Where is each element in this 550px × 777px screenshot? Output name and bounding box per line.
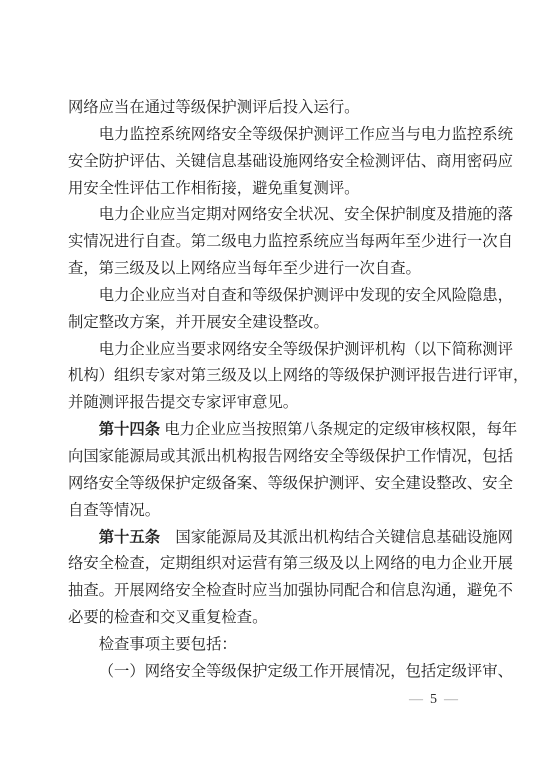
paragraph: 第十四条 电力企业应当按照第八条规定的定级审核权限，每年向国家能源局或其派出机构…	[68, 417, 518, 524]
text-run: 安全防护评估、关键信息基础设施网络安全检测评估、商用密码应	[68, 153, 513, 170]
text-run: 自查等情况。	[68, 502, 160, 519]
paragraph: 网络应当在通过等级保护测评后投入运行。	[68, 95, 518, 122]
text-line: 必要的检查和交叉重复检查。	[68, 605, 518, 632]
text-line: 实情况进行自查。第二级电力监控系统应当每两年至少进行一次自	[68, 229, 518, 256]
article-number-bold: 第十四条	[99, 421, 160, 438]
text-line: 电力监控系统网络安全等级保护测评工作应当与电力监控系统	[68, 122, 518, 149]
text-line: 第十四条 电力企业应当按照第八条规定的定级审核权限，每年	[68, 417, 518, 444]
paragraph: 电力企业应当对自查和等级保护测评中发现的安全风险隐患，制定整改方案，并开展安全建…	[68, 283, 518, 337]
text-run: 国家能源局及其派出机构结合关键信息基础设施网	[160, 529, 513, 546]
text-line: 安全防护评估、关键信息基础设施网络安全检测评估、商用密码应	[68, 149, 518, 176]
text-run: 电力企业应当按照第八条规定的定级审核权限，每年	[160, 421, 517, 438]
text-line: 网络安全等级保护定级备案、等级保护测评、安全建设整改、安全	[68, 471, 518, 498]
page-number-dash-right: —	[444, 692, 458, 707]
paragraph: 检查事项主要包括：	[68, 632, 518, 659]
text-run: 检查事项主要包括：	[99, 636, 237, 653]
page-number-dash-left: —	[409, 692, 423, 707]
text-line: 用安全性评估工作相衔接，避免重复测评。	[68, 176, 518, 203]
text-run: 实情况进行自查。第二级电力监控系统应当每两年至少进行一次自	[68, 233, 513, 250]
page-number: —5—	[409, 691, 458, 709]
text-run: 电力企业应当要求网络安全等级保护测评机构（以下简称测评	[99, 341, 513, 358]
text-line: 并随测评报告提交专家评审意见。	[68, 390, 518, 417]
text-run: 网络安全等级保护定级备案、等级保护测评、安全建设整改、安全	[68, 475, 513, 492]
document-body: 网络应当在通过等级保护测评后投入运行。电力监控系统网络安全等级保护测评工作应当与…	[68, 95, 518, 686]
text-line: （一）网络安全等级保护定级工作开展情况，包括定级评审、	[68, 659, 518, 686]
text-run: 向国家能源局或其派出机构报告网络安全等级保护工作情况，包括	[68, 448, 513, 465]
document-page: 网络应当在通过等级保护测评后投入运行。电力监控系统网络安全等级保护测评工作应当与…	[0, 0, 550, 777]
paragraph: （一）网络安全等级保护定级工作开展情况，包括定级评审、	[68, 659, 518, 686]
text-run: （一）网络安全等级保护定级工作开展情况，包括定级评审、	[99, 663, 513, 680]
text-run: 电力监控系统网络安全等级保护测评工作应当与电力监控系统	[99, 126, 513, 143]
article-number-bold: 第十五条	[99, 529, 160, 546]
text-run: 机构）组织专家对第三级及以上网络的等级保护测评报告进行评审，	[68, 367, 528, 384]
text-line: 向国家能源局或其派出机构报告网络安全等级保护工作情况，包括	[68, 444, 518, 471]
text-line: 电力企业应当要求网络安全等级保护测评机构（以下简称测评	[68, 337, 518, 364]
text-line: 电力企业应当对自查和等级保护测评中发现的安全风险隐患，	[68, 283, 518, 310]
text-line: 检查事项主要包括：	[68, 632, 518, 659]
paragraph: 电力监控系统网络安全等级保护测评工作应当与电力监控系统安全防护评估、关键信息基础…	[68, 122, 518, 203]
text-run: 抽查。开展网络安全检查时应当加强协同配合和信息沟通，避免不	[68, 582, 513, 599]
text-run: 电力企业应当定期对网络安全状况、安全保护制度及措施的落	[99, 206, 513, 223]
text-line: 第十五条 国家能源局及其派出机构结合关键信息基础设施网	[68, 525, 518, 552]
text-line: 网络应当在通过等级保护测评后投入运行。	[68, 95, 518, 122]
text-line: 查，第三级及以上网络应当每年至少进行一次自查。	[68, 256, 518, 283]
page-number-value: 5	[423, 692, 444, 707]
text-run: 并随测评报告提交专家评审意见。	[68, 394, 298, 411]
paragraph: 第十五条 国家能源局及其派出机构结合关键信息基础设施网络安全检查，定期组织对运营…	[68, 525, 518, 632]
paragraph: 电力企业应当定期对网络安全状况、安全保护制度及措施的落实情况进行自查。第二级电力…	[68, 202, 518, 283]
text-run: 制定整改方案，并开展安全建设整改。	[68, 314, 329, 331]
text-line: 电力企业应当定期对网络安全状况、安全保护制度及措施的落	[68, 202, 518, 229]
text-run: 必要的检查和交叉重复检查。	[68, 609, 267, 626]
text-run: 查，第三级及以上网络应当每年至少进行一次自查。	[68, 260, 421, 277]
text-run: 络安全检查，定期组织对运营有第三级及以上网络的电力企业开展	[68, 555, 513, 572]
text-line: 机构）组织专家对第三级及以上网络的等级保护测评报告进行评审，	[68, 363, 518, 390]
text-run: 网络应当在通过等级保护测评后投入运行。	[68, 99, 360, 116]
text-line: 络安全检查，定期组织对运营有第三级及以上网络的电力企业开展	[68, 551, 518, 578]
text-line: 制定整改方案，并开展安全建设整改。	[68, 310, 518, 337]
text-line: 抽查。开展网络安全检查时应当加强协同配合和信息沟通，避免不	[68, 578, 518, 605]
text-line: 自查等情况。	[68, 498, 518, 525]
text-run: 电力企业应当对自查和等级保护测评中发现的安全风险隐患，	[99, 287, 513, 304]
text-run: 用安全性评估工作相衔接，避免重复测评。	[68, 180, 360, 197]
paragraph: 电力企业应当要求网络安全等级保护测评机构（以下简称测评机构）组织专家对第三级及以…	[68, 337, 518, 418]
